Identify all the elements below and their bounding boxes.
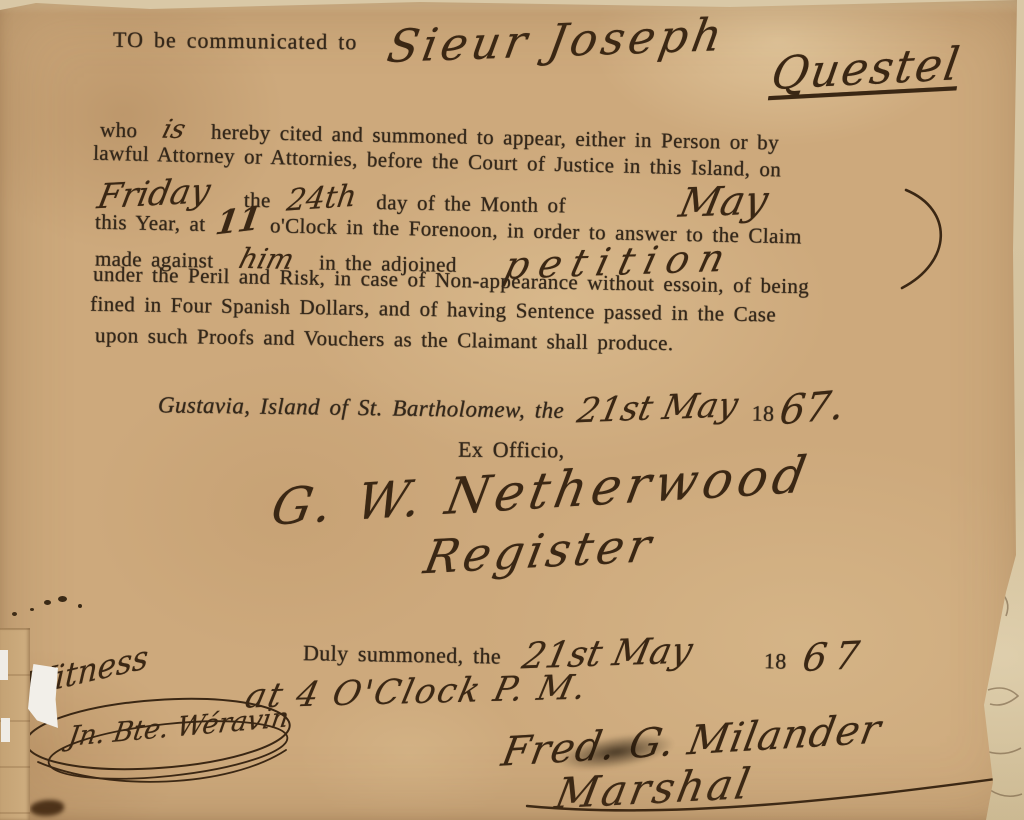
handwritten-is: is xyxy=(159,115,189,145)
handwritten-dateline-date: 21st May xyxy=(574,385,742,431)
printed-communicated-to: TO be communicated to xyxy=(113,27,358,56)
ink-speck xyxy=(44,600,51,605)
scanned-summons-document: TO be communicated to Sieur Joseph Quest… xyxy=(0,0,1024,820)
dark-stain xyxy=(30,800,64,816)
printed-duly-summoned: Duly summoned, the xyxy=(303,640,502,669)
printed-fined-dollars: fined in Four Spanish Dollars, and of ha… xyxy=(90,292,776,328)
handwritten-service-year: 67 xyxy=(800,633,870,681)
register-signature-title: Register xyxy=(420,518,660,585)
printed-proofs-vouchers: upon such Proofs and Vouchers as the Cla… xyxy=(95,323,674,356)
summons-paper: TO be communicated to Sieur Joseph Quest… xyxy=(0,0,1024,820)
printed-ex-officio: Ex Officio, xyxy=(458,437,565,464)
printed-service-year-prefix: 18 xyxy=(764,648,787,674)
printed-gustavia-dateline: Gustavia, Island of St. Bartholomew, the xyxy=(158,392,564,424)
marshal-underline-flourish xyxy=(525,772,1010,820)
printed-who: who xyxy=(100,117,138,143)
petition-flourish xyxy=(888,186,963,296)
torn-white-sliver xyxy=(1,718,10,742)
handwritten-name-first: Sieur Joseph xyxy=(383,8,730,73)
printed-dateline-year-prefix: 18 xyxy=(751,400,774,426)
ink-speck xyxy=(12,612,17,616)
handwritten-dateline-year: 67. xyxy=(778,382,847,434)
ink-speck xyxy=(78,604,82,608)
ink-speck xyxy=(58,596,67,602)
torn-white-sliver xyxy=(0,650,8,680)
handwritten-name-last: Questel xyxy=(768,37,965,100)
ink-speck xyxy=(30,608,34,611)
